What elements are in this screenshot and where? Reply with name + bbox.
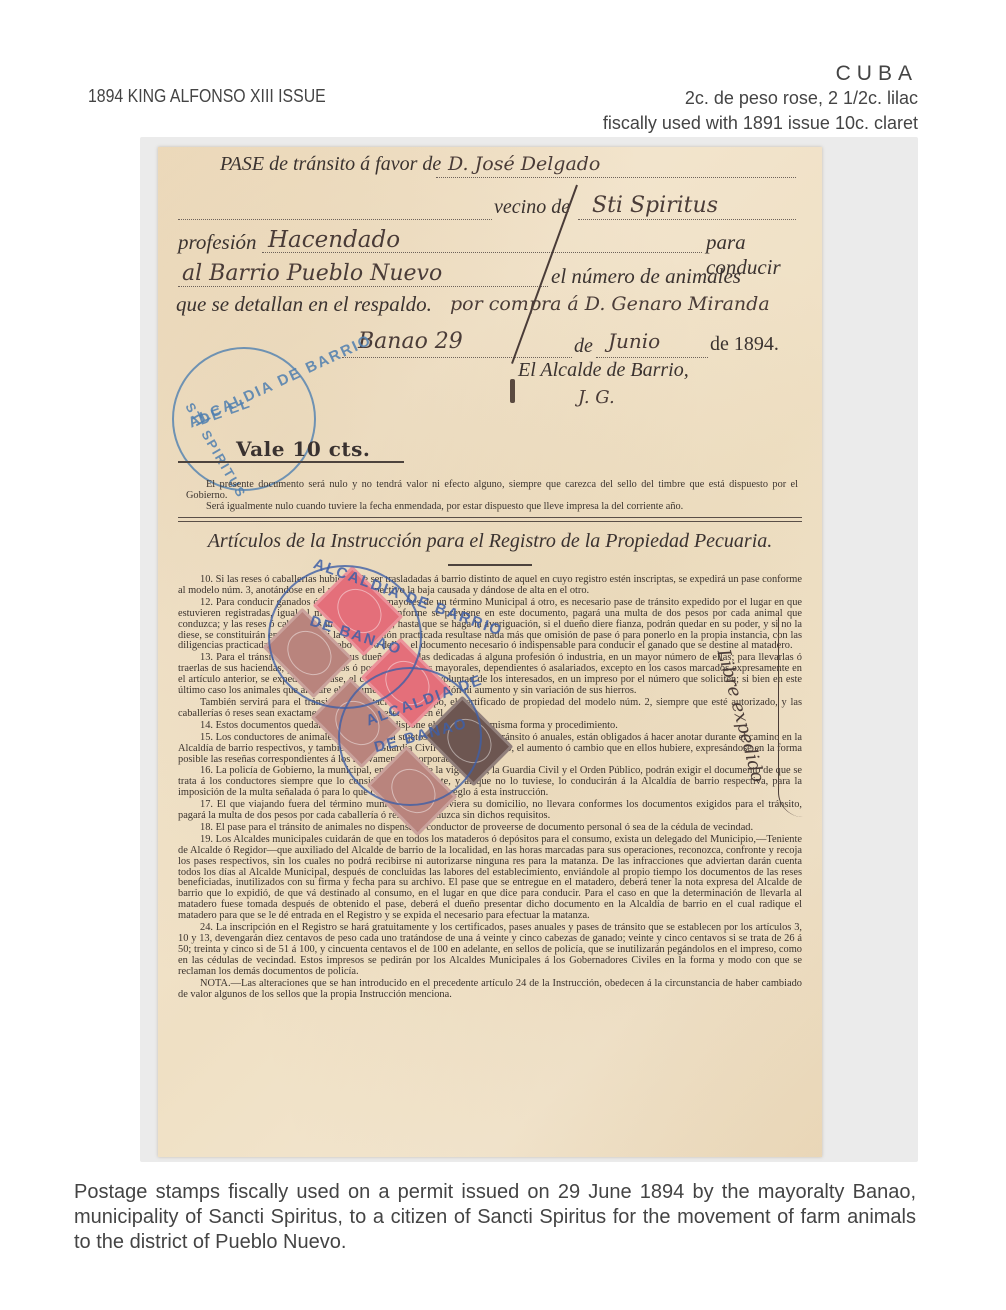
- printed-respaldo: que se detallan en el respaldo.: [176, 292, 432, 317]
- dotted-line: [178, 219, 492, 220]
- dotted-line: [436, 177, 796, 178]
- article: 24. La inscripción en el Registro se har…: [178, 923, 802, 978]
- handwritten-name: D. José Delgado: [448, 153, 600, 175]
- notice-line: El presente documento será nulo y no ten…: [186, 479, 798, 501]
- handwritten-compra: por compra á D. Genaro Miranda: [450, 293, 770, 315]
- handwritten-signature: J. G.: [578, 387, 615, 408]
- issue-title: 1894 KING ALFONSO XIII ISSUE: [88, 86, 326, 107]
- printed-header: PASE de tránsito á favor de: [220, 153, 441, 176]
- handwritten-month: Junio: [608, 329, 660, 353]
- country-heading: CUBA: [836, 62, 918, 86]
- dotted-line: [578, 219, 796, 220]
- printed-numero: el número de animales: [551, 264, 741, 289]
- divider: [448, 564, 532, 566]
- margin-bracket: [778, 617, 803, 817]
- article: 18. El pase para el tránsito de animales…: [178, 823, 802, 834]
- printed-profesion: profesión: [178, 230, 257, 255]
- article: 16. La policía de Gobierno, la municipal…: [178, 766, 802, 799]
- dotted-line: [178, 286, 548, 287]
- handwritten-destino: al Barrio Pueblo Nuevo: [182, 261, 442, 286]
- description-line-2: fiscally used with 1891 issue 10c. clare…: [603, 111, 918, 136]
- article: 19. Los Alcaldes municipales cuidarán de…: [178, 835, 802, 922]
- notice-line: Será igualmente nulo cuando tuviere la f…: [186, 501, 798, 512]
- caption: Postage stamps fiscally used on a permit…: [74, 1180, 916, 1255]
- handwritten-vecino: Sti Spiritus: [592, 193, 718, 218]
- notice-block: El presente documento será nulo y no ten…: [186, 479, 798, 512]
- double-rule: [178, 517, 802, 522]
- description-line-1: 2c. de peso rose, 2 1/2c. lilac: [603, 86, 918, 111]
- article: NOTA.—Las alteraciones que se han introd…: [178, 979, 802, 1001]
- description: 2c. de peso rose, 2 1/2c. lilac fiscally…: [603, 86, 918, 136]
- article: 10. Si las reses ó caballerías hubieren …: [178, 575, 802, 597]
- ink-mark: [510, 379, 515, 403]
- handwritten-place-day: Banao 29: [358, 329, 463, 354]
- article: 17. El que viajando fuera del término mu…: [178, 800, 802, 822]
- transit-permit-document: PASE de tránsito á favor de D. José Delg…: [158, 147, 822, 1157]
- divider: [178, 461, 404, 463]
- dotted-line: [596, 357, 708, 358]
- printed-year: de 1894.: [710, 333, 779, 356]
- stamp-duty-value: Vale 10 cts.: [236, 437, 370, 461]
- handwritten-profesion: Hacendado: [268, 227, 400, 253]
- printed-de: de: [574, 335, 593, 358]
- article: También servirá para el tránsito sin lim…: [178, 698, 802, 720]
- articles-title: Artículos de la Instrucción para el Regi…: [158, 530, 822, 553]
- printed-vecino: vecino de: [494, 196, 570, 219]
- printed-alcalde: El Alcalde de Barrio,: [518, 359, 689, 382]
- dotted-line: [342, 357, 572, 358]
